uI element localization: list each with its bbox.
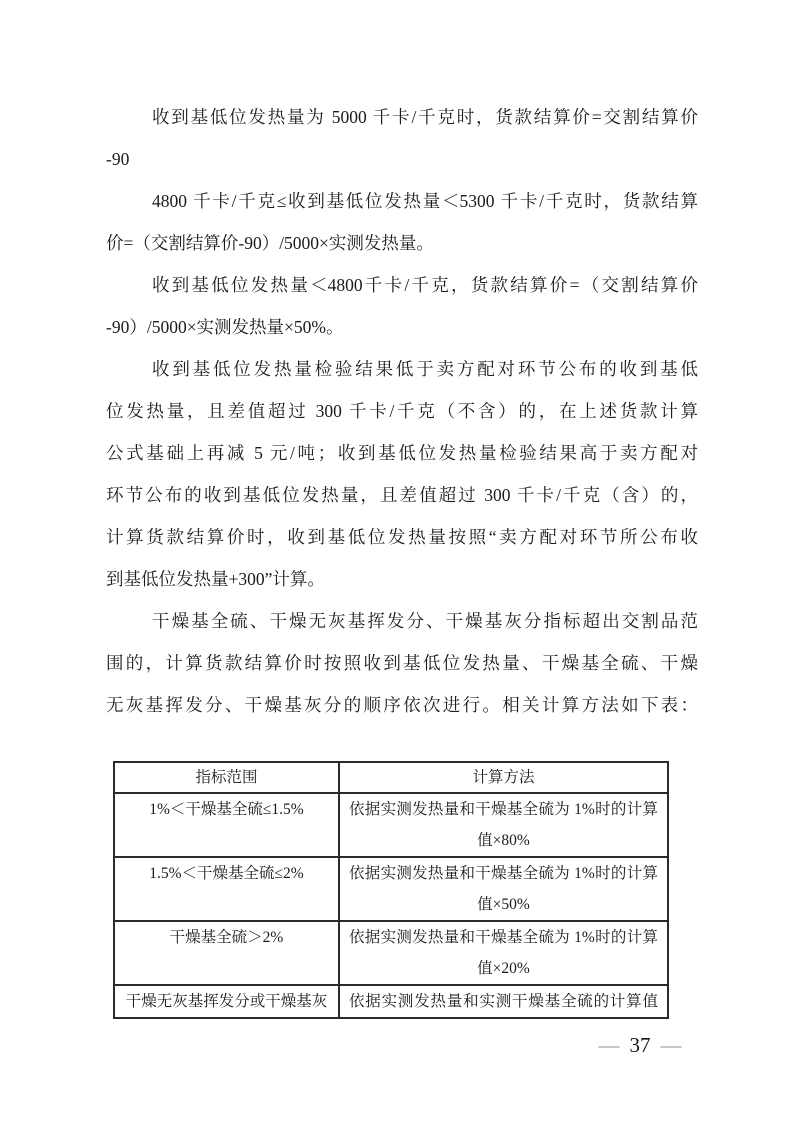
table-header-range: 指标范围 <box>114 762 339 793</box>
footer-number: 37 <box>630 1033 651 1057</box>
calculation-method-table: 指标范围 计算方法 1%＜干燥基全硫≤1.5% 依据实测发热量和干燥基全硫为 1… <box>113 761 669 1019</box>
range-cell: 1.5%＜干燥基全硫≤2% <box>114 857 339 921</box>
range-cell: 干燥无灰基挥发分或干燥基灰 <box>114 985 339 1018</box>
range-cell: 1%＜干燥基全硫≤1.5% <box>114 793 339 857</box>
method-cell: 依据实测发热量和干燥基全硫为 1%时的计算 值×50% <box>339 857 668 921</box>
body-text-line: 无灰基挥发分、干燥基灰分的顺序依次进行。相关计算方法如下表： <box>106 684 698 726</box>
method-line-2: 值×50% <box>349 889 658 920</box>
body-text-line: 位发热量，且差值超过 300 千卡/千克（不含）的，在上述货款计算 <box>106 390 698 432</box>
method-line-1: 依据实测发热量和实测干燥基全硫的计算值 <box>349 987 658 1016</box>
table-row: 1%＜干燥基全硫≤1.5% 依据实测发热量和干燥基全硫为 1%时的计算 值×80… <box>114 793 668 857</box>
document-body: 收到基低位发热量为 5000 千卡/千克时，货款结算价=交割结算价 -90 48… <box>106 96 698 726</box>
range-cell: 干燥基全硫＞2% <box>114 921 339 985</box>
body-text-line: -90）/5000×实测发热量×50%。 <box>106 306 698 348</box>
body-text-line: 环节公布的收到基低位发热量，且差值超过 300 千卡/千克（含）的， <box>106 474 698 516</box>
method-line-1: 依据实测发热量和干燥基全硫为 1%时的计算 <box>349 859 658 889</box>
body-text-line: 4800 千卡/千克≤收到基低位发热量＜5300 千卡/千克时，货款结算 <box>106 180 698 222</box>
body-text-line: 公式基础上再减 5 元/吨；收到基低位发热量检验结果高于卖方配对 <box>106 432 698 474</box>
body-text-line: 计算货款结算价时，收到基低位发热量按照“卖方配对环节所公布收 <box>106 516 698 558</box>
body-text-line: 收到基低位发热量＜4800千卡/千克，货款结算价=（交割结算价 <box>106 264 698 306</box>
table-header-method: 计算方法 <box>339 762 668 793</box>
method-cell: 依据实测发热量和干燥基全硫为 1%时的计算 值×80% <box>339 793 668 857</box>
table-header-row: 指标范围 计算方法 <box>114 762 668 793</box>
table-row: 干燥无灰基挥发分或干燥基灰 依据实测发热量和实测干燥基全硫的计算值 <box>114 985 668 1018</box>
body-text-line: 收到基低位发热量检验结果低于卖方配对环节公布的收到基低 <box>106 348 698 390</box>
method-line-2: 值×20% <box>349 953 658 984</box>
table-row: 1.5%＜干燥基全硫≤2% 依据实测发热量和干燥基全硫为 1%时的计算 值×50… <box>114 857 668 921</box>
body-text-line: 收到基低位发热量为 5000 千卡/千克时，货款结算价=交割结算价 <box>106 96 698 138</box>
body-text-line: 干燥基全硫、干燥无灰基挥发分、干燥基灰分指标超出交割品范 <box>106 600 698 642</box>
table-row: 干燥基全硫＞2% 依据实测发热量和干燥基全硫为 1%时的计算 值×20% <box>114 921 668 985</box>
footer-dash-left: — <box>599 1033 620 1057</box>
page-number: —37— <box>556 1033 724 1057</box>
body-text-line: 价=（交割结算价-90）/5000×实测发热量。 <box>106 222 698 264</box>
footer-dash-right: — <box>661 1033 682 1057</box>
body-text-line: 围的，计算货款结算价时按照收到基低位发热量、干燥基全硫、干燥 <box>106 642 698 684</box>
method-line-2: 值×80% <box>349 825 658 856</box>
document-page: 收到基低位发热量为 5000 千卡/千克时，货款结算价=交割结算价 -90 48… <box>0 0 793 1122</box>
body-text-line: 到基低位发热量+300”计算。 <box>106 558 698 600</box>
method-cell: 依据实测发热量和实测干燥基全硫的计算值 <box>339 985 668 1018</box>
body-text-line: -90 <box>106 138 698 180</box>
method-line-1: 依据实测发热量和干燥基全硫为 1%时的计算 <box>349 795 658 825</box>
method-line-1: 依据实测发热量和干燥基全硫为 1%时的计算 <box>349 923 658 953</box>
method-cell: 依据实测发热量和干燥基全硫为 1%时的计算 值×20% <box>339 921 668 985</box>
